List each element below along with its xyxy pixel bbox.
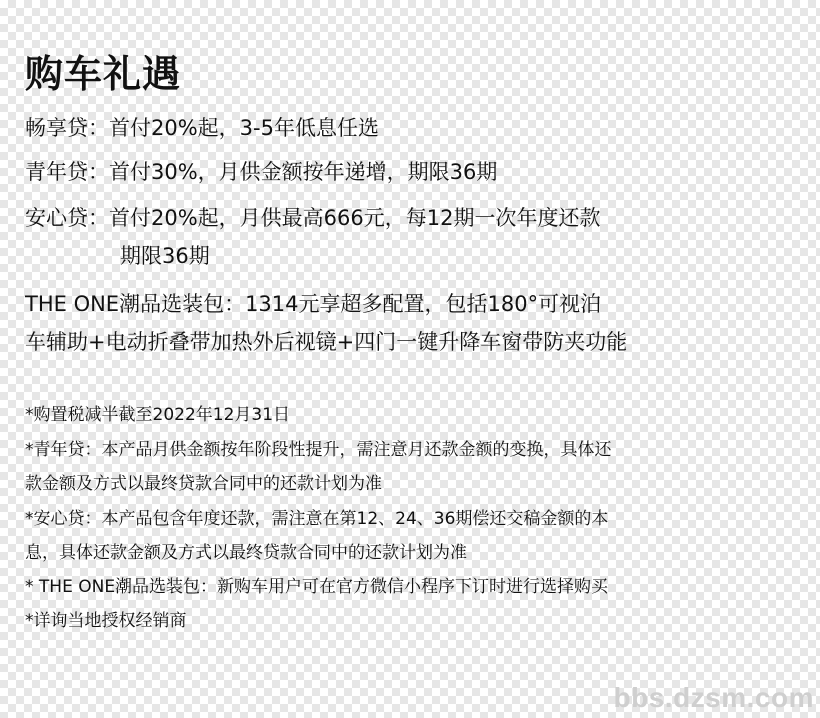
offer-anxin-continuation: 期限36期 — [120, 242, 210, 270]
offer-theone: THE ONE潮品选装包：1314元享超多配置，包括180°可视泊 — [25, 290, 601, 318]
offer-theone-continuation: 车辅助+电动折叠带加热外后视镜+四门一键升降车窗带防夹功能 — [25, 328, 627, 356]
note-qingnian: *青年贷：本产品月供金额按年阶段性提升，需注意月还款金额的变换，具体还 — [25, 439, 612, 461]
note-qingnian-cont: 款金额及方式以最终贷款合同中的还款计划为准 — [25, 473, 382, 495]
note-tax: *购置税减半截至2022年12月31日 — [25, 404, 290, 426]
note-anxin-cont: 息，具体还款金额及方式以最终贷款合同中的还款计划为准 — [25, 542, 467, 564]
note-theone: * THE ONE潮品选装包：新购车用户可在官方微信小程序下订时进行选择购买 — [25, 576, 608, 598]
note-anxin: *安心贷：本产品包含年度还款，需注意在第12、24、36期偿还交稿金额的本 — [25, 508, 608, 530]
offer-anxin: 安心贷：首付20%起，月供最高666元，每12期一次年度还款 — [25, 204, 600, 232]
watermark: bbs.dzsm.com — [614, 682, 814, 714]
page-title: 购车礼遇 — [25, 52, 181, 96]
offer-changxiang: 畅享贷：首付20%起，3-5年低息任选 — [25, 114, 379, 142]
offer-qingnian: 青年贷：首付30%，月供金额按年递增，期限36期 — [25, 158, 497, 186]
note-dealer: *详询当地授权经销商 — [25, 610, 187, 632]
